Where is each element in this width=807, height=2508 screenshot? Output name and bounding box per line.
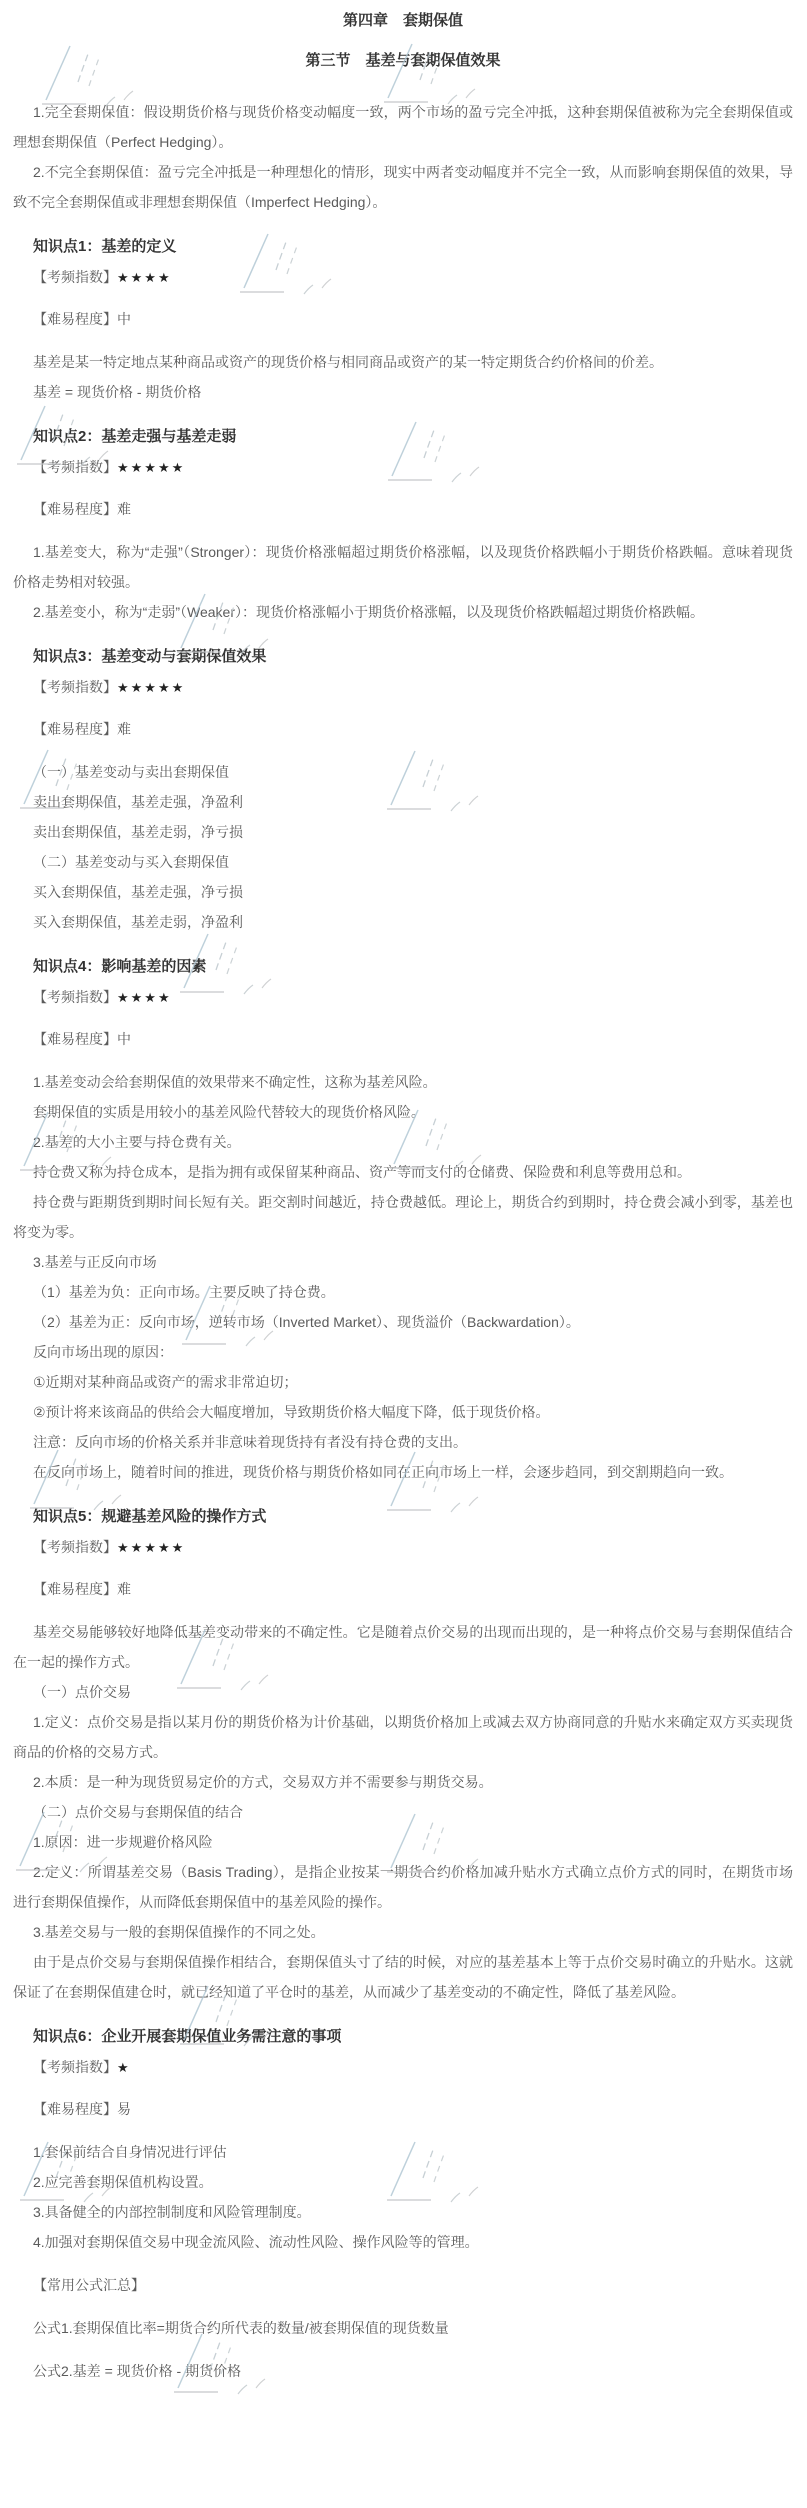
formula-line: 公式1.套期保值比率=期货合约所代表的数量/被套期保值的现货数量: [13, 2313, 793, 2343]
intro-paragraph: 2.不完全套期保值：盈亏完全冲抵是一种理想化的情形，现实中两者变动幅度并不完全一…: [13, 157, 793, 217]
paragraph: 在反向市场上，随着时间的推进，现货价格与期货价格如同在正向市场上一样，会逐步趋同…: [13, 1457, 793, 1487]
paragraph: 注意：反向市场的价格关系并非意味着现货持有者没有持仓费的支出。: [13, 1427, 793, 1457]
paragraph: 1.原因：进一步规避价格风险: [13, 1827, 793, 1857]
knowledge-point-heading: 知识点2：基差走强与基差走弱: [13, 422, 793, 452]
paragraph: 1.基差变大，称为“走强”（Stronger）：现货价格涨幅超过期货价格涨幅，以…: [13, 537, 793, 597]
paragraph: 4.加强对套期保值交易中现金流风险、流动性风险、操作风险等的管理。: [13, 2227, 793, 2257]
exam-frequency-row: 【考频指数】★: [13, 2052, 793, 2083]
paragraph: 2.应完善套期保值机构设置。: [13, 2167, 793, 2197]
exam-frequency-label: 【考频指数】: [33, 989, 117, 1005]
formula-summary-heading: 【常用公式汇总】: [13, 2270, 793, 2300]
exam-frequency-row: 【考频指数】★★★★: [13, 262, 793, 293]
paragraph: 3.基差交易与一般的套期保值操作的不同之处。: [13, 1917, 793, 1947]
difficulty-value: 易: [117, 2101, 131, 2117]
difficulty-value: 中: [117, 1031, 131, 1047]
difficulty-label: 【难易程度】: [33, 2101, 117, 2117]
chapter-title: 第四章 套期保值: [13, 6, 793, 31]
paragraph: 2.基差的大小主要与持仓费有关。: [13, 1127, 793, 1157]
difficulty-row: 【难易程度】难: [13, 494, 793, 524]
paragraph: 持仓费与距期货到期时间长短有关。距交割时间越近，持仓费越低。理论上，期货合约到期…: [13, 1187, 793, 1247]
paragraph: 反向市场出现的原因：: [13, 1337, 793, 1367]
difficulty-value: 难: [117, 721, 131, 737]
difficulty-row: 【难易程度】易: [13, 2094, 793, 2124]
exam-frequency-stars: ★★★★★: [117, 680, 185, 695]
paragraph: （二）点价交易与套期保值的结合: [13, 1797, 793, 1827]
exam-frequency-stars: ★★★★★: [117, 1540, 185, 1555]
paragraph: （一）点价交易: [13, 1677, 793, 1707]
paragraph: 基差是某一特定地点某种商品或资产的现货价格与相同商品或资产的某一特定期货合约价格…: [13, 347, 793, 377]
paragraph: 3.基差与正反向市场: [13, 1247, 793, 1277]
knowledge-point-6: 知识点6：企业开展套期保值业务需注意的事项 【考频指数】★ 【难易程度】易 1.…: [13, 2022, 793, 2257]
exam-frequency-label: 【考频指数】: [33, 679, 117, 695]
knowledge-point-heading: 知识点4：影响基差的因素: [13, 952, 793, 982]
formula-line: 公式2.基差 = 现货价格 - 期货价格: [13, 2356, 793, 2386]
difficulty-row: 【难易程度】难: [13, 1574, 793, 1604]
document-page: 第四章 套期保值 第三节 基差与套期保值效果 1.完全套期保值：假设期货价格与现…: [0, 0, 807, 2508]
difficulty-row: 【难易程度】中: [13, 304, 793, 334]
difficulty-row: 【难易程度】中: [13, 1024, 793, 1054]
paragraph: 基差交易能够较好地降低基差变动带来的不确定性。它是随着点价交易的出现而出现的，是…: [13, 1617, 793, 1677]
exam-frequency-row: 【考频指数】★★★★★: [13, 1532, 793, 1563]
exam-frequency-label: 【考频指数】: [33, 459, 117, 475]
difficulty-value: 难: [117, 501, 131, 517]
difficulty-label: 【难易程度】: [33, 1031, 117, 1047]
paragraph: 套期保值的实质是用较小的基差风险代替较大的现货价格风险。: [13, 1097, 793, 1127]
paragraph: 买入套期保值，基差走强，净亏损: [13, 877, 793, 907]
difficulty-value: 中: [117, 311, 131, 327]
paragraph: （二）基差变动与买入套期保值: [13, 847, 793, 877]
exam-frequency-row: 【考频指数】★★★★★: [13, 452, 793, 483]
formula-line: 基差 = 现货价格 - 期货价格: [13, 377, 793, 407]
knowledge-point-heading: 知识点6：企业开展套期保值业务需注意的事项: [13, 2022, 793, 2052]
exam-frequency-row: 【考频指数】★★★★★: [13, 672, 793, 703]
exam-frequency-row: 【考频指数】★★★★: [13, 982, 793, 1013]
exam-frequency-label: 【考频指数】: [33, 2059, 117, 2075]
paragraph: 持仓费又称为持仓成本，是指为拥有或保留某种商品、资产等而支付的仓储费、保险费和利…: [13, 1157, 793, 1187]
knowledge-point-5: 知识点5：规避基差风险的操作方式 【考频指数】★★★★★ 【难易程度】难 基差交…: [13, 1502, 793, 2007]
exam-frequency-stars: ★: [117, 2060, 131, 2075]
knowledge-point-3: 知识点3：基差变动与套期保值效果 【考频指数】★★★★★ 【难易程度】难 （一）…: [13, 642, 793, 937]
intro-paragraph: 1.完全套期保值：假设期货价格与现货价格变动幅度一致，两个市场的盈亏完全冲抵，这…: [13, 97, 793, 157]
knowledge-point-2: 知识点2：基差走强与基差走弱 【考频指数】★★★★★ 【难易程度】难 1.基差变…: [13, 422, 793, 627]
paragraph: 2.基差变小，称为“走弱”（Weaker）：现货价格涨幅小于期货价格涨幅，以及现…: [13, 597, 793, 627]
difficulty-label: 【难易程度】: [33, 311, 117, 327]
difficulty-label: 【难易程度】: [33, 501, 117, 517]
difficulty-label: 【难易程度】: [33, 721, 117, 737]
paragraph: 由于是点价交易与套期保值操作相结合，套期保值头寸了结的时候，对应的基差基本上等于…: [13, 1947, 793, 2007]
knowledge-point-4: 知识点4：影响基差的因素 【考频指数】★★★★ 【难易程度】中 1.基差变动会给…: [13, 952, 793, 1487]
paragraph: 卖出套期保值，基差走强，净盈利: [13, 787, 793, 817]
exam-frequency-label: 【考频指数】: [33, 269, 117, 285]
knowledge-point-1: 知识点1：基差的定义 【考频指数】★★★★ 【难易程度】中 基差是某一特定地点某…: [13, 232, 793, 407]
exam-frequency-stars: ★★★★: [117, 990, 172, 1005]
formula-summary: 【常用公式汇总】 公式1.套期保值比率=期货合约所代表的数量/被套期保值的现货数…: [13, 2270, 793, 2386]
document-content: 第四章 套期保值 第三节 基差与套期保值效果 1.完全套期保值：假设期货价格与现…: [0, 0, 807, 2386]
knowledge-point-heading: 知识点3：基差变动与套期保值效果: [13, 642, 793, 672]
paragraph: （2）基差为正：反向市场，逆转市场（Inverted Market）、现货溢价（…: [13, 1307, 793, 1337]
paragraph: 2.定义：所谓基差交易（Basis Trading），是指企业按某一期货合约价格…: [13, 1857, 793, 1917]
difficulty-value: 难: [117, 1581, 131, 1597]
paragraph: 2.本质：是一种为现货贸易定价的方式，交易双方并不需要参与期货交易。: [13, 1767, 793, 1797]
section-title: 第三节 基差与套期保值效果: [13, 51, 793, 71]
paragraph: 1.定义：点价交易是指以某月份的期货价格为计价基础，以期货价格加上或减去双方协商…: [13, 1707, 793, 1767]
paragraph: 卖出套期保值，基差走弱，净亏损: [13, 817, 793, 847]
difficulty-row: 【难易程度】难: [13, 714, 793, 744]
exam-frequency-label: 【考频指数】: [33, 1539, 117, 1555]
paragraph: 3.具备健全的内部控制制度和风险管理制度。: [13, 2197, 793, 2227]
knowledge-point-heading: 知识点1：基差的定义: [13, 232, 793, 262]
paragraph: ②预计将来该商品的供给会大幅度增加，导致期货价格大幅度下降，低于现货价格。: [13, 1397, 793, 1427]
exam-frequency-stars: ★★★★★: [117, 460, 185, 475]
paragraph: （一）基差变动与卖出套期保值: [13, 757, 793, 787]
knowledge-point-heading: 知识点5：规避基差风险的操作方式: [13, 1502, 793, 1532]
paragraph: （1）基差为负：正向市场。主要反映了持仓费。: [13, 1277, 793, 1307]
exam-frequency-stars: ★★★★: [117, 270, 172, 285]
paragraph: 买入套期保值，基差走弱，净盈利: [13, 907, 793, 937]
paragraph: ①近期对某种商品或资产的需求非常迫切；: [13, 1367, 793, 1397]
difficulty-label: 【难易程度】: [33, 1581, 117, 1597]
paragraph: 1.套保前结合自身情况进行评估: [13, 2137, 793, 2167]
paragraph: 1.基差变动会给套期保值的效果带来不确定性，这称为基差风险。: [13, 1067, 793, 1097]
